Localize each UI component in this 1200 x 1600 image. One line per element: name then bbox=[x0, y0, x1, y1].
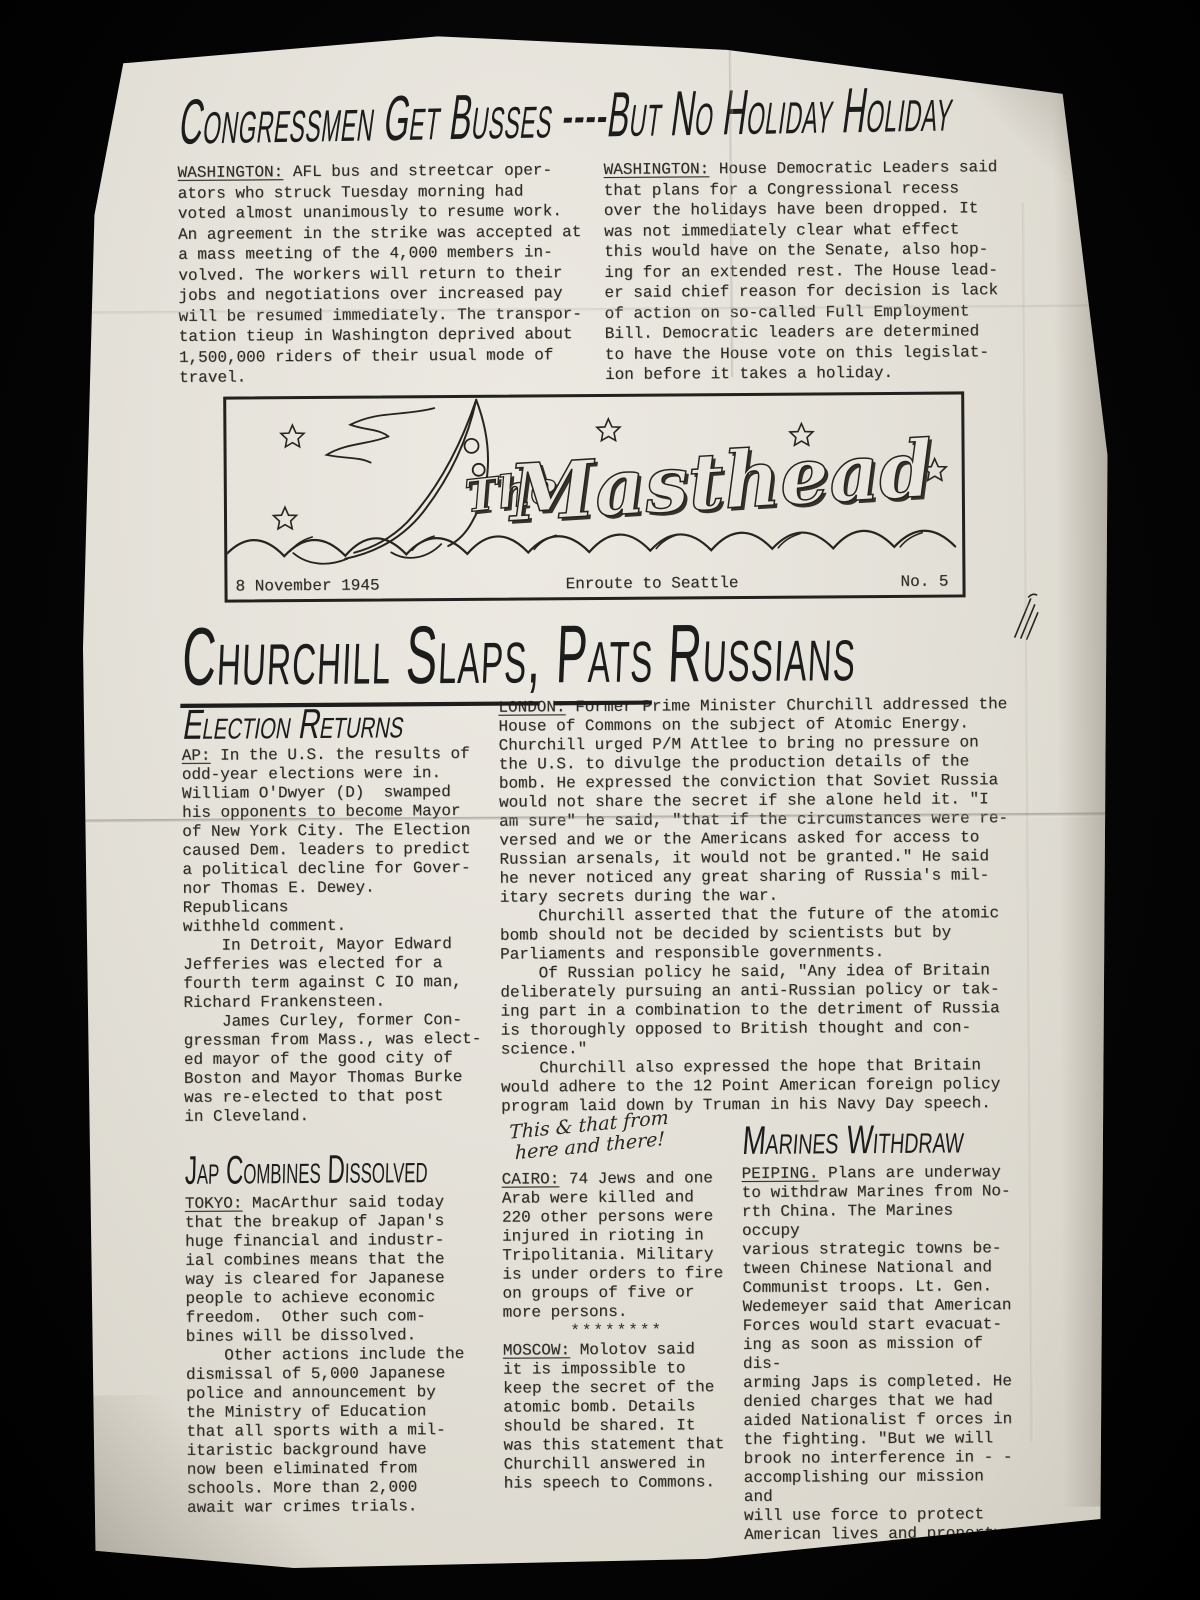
article-congress-recess: WASHINGTON: House Democratic Leaders sai… bbox=[604, 157, 1012, 385]
top-headline-text: Congressmen Get Busses ----But No Holida… bbox=[175, 73, 958, 160]
bottom-subcolumns: This & that from here and there! CAIRO: … bbox=[501, 1117, 1019, 1547]
dateline-cairo: CAIRO: bbox=[502, 1170, 560, 1188]
dateline-peiping: PEIPING. bbox=[742, 1164, 819, 1183]
article-moscow-molotov: MOSCOW: Molotov said it is impossible to… bbox=[503, 1340, 732, 1494]
right-column: LONDON: Former Prime Minister Churchill … bbox=[498, 695, 1019, 1547]
dateline-washington-right: WASHINGTON: bbox=[604, 160, 710, 179]
article-election-returns-body: In the U.S. the results of odd-year elec… bbox=[182, 744, 482, 1125]
left-column: Election Returns AP: In the U.S. the res… bbox=[181, 698, 492, 1548]
ship-bow-drawing bbox=[292, 399, 489, 563]
article-jap-combines: TOKYO: MacArthur said today that the bre… bbox=[185, 1192, 492, 1517]
marines-withdraw-headline: Marines Withdraw bbox=[741, 1117, 1016, 1165]
article-afl-strike-body: AFL bus and streetcar oper- ators who st… bbox=[178, 161, 582, 387]
article-afl-strike: WASHINGTON: AFL bus and streetcar oper- … bbox=[178, 160, 592, 388]
article-churchill-speech: LONDON: Former Prime Minister Churchill … bbox=[498, 695, 1016, 1117]
masthead: The Masthead The Masthead 8 November 194… bbox=[223, 391, 965, 602]
top-headline: Congressmen Get Busses ----But No Holida… bbox=[177, 89, 1009, 161]
article-jap-combines-body: MacArthur said today that the breakup of… bbox=[185, 1193, 465, 1517]
dateline-ap: AP: bbox=[182, 746, 211, 764]
dateline-moscow: MOSCOW: bbox=[503, 1341, 570, 1359]
issue-number: No. 5 bbox=[828, 572, 954, 591]
dateline-tokyo: TOKYO: bbox=[185, 1194, 243, 1212]
subcolumn-left: This & that from here and there! CAIRO: … bbox=[501, 1119, 732, 1547]
issue-date: 8 November 1945 bbox=[235, 575, 475, 595]
pen-flourish-icon bbox=[1007, 590, 1041, 640]
jap-combines-headline: Jap Combines Dissolved bbox=[184, 1146, 489, 1194]
photo-background: Congressmen Get Busses ----But No Holida… bbox=[0, 0, 1200, 1600]
newsletter-page: Congressmen Get Busses ----But No Holida… bbox=[77, 22, 1120, 1575]
article-marines-withdraw-body: Plans are underway to withdraw Marines f… bbox=[742, 1163, 1013, 1544]
article-cairo-riots: CAIRO: 74 Jews and one Arab were killed … bbox=[502, 1169, 731, 1323]
main-articles: Election Returns AP: In the U.S. the res… bbox=[181, 695, 1019, 1549]
article-churchill-speech-body: Former Prime Minister Churchill addresse… bbox=[498, 695, 1008, 1116]
main-headline-text: Churchill Slaps, Pats Russians bbox=[180, 604, 858, 704]
dateline-washington-left: WASHINGTON: bbox=[178, 163, 284, 182]
masthead-info-row: 8 November 1945 Enroute to Seattle No. 5 bbox=[235, 572, 954, 595]
subcolumn-right: Marines Withdraw PEIPING. Plans are unde… bbox=[741, 1117, 1019, 1545]
article-congress-recess-body: House Democratic Leaders said that plans… bbox=[604, 158, 999, 384]
issue-location: Enroute to Seattle bbox=[475, 573, 828, 593]
article-marines-withdraw: PEIPING. Plans are underway to withdraw … bbox=[742, 1163, 1020, 1545]
article-moscow-molotov-body: Molotov said it is impossible to keep th… bbox=[503, 1340, 724, 1492]
masthead-art: The Masthead The Masthead bbox=[226, 394, 956, 567]
article-cairo-riots-body: 74 Jews and one Arab were killed and 220… bbox=[502, 1169, 723, 1321]
pennant-drawing bbox=[326, 408, 434, 463]
masthead-title: Masthead bbox=[504, 423, 936, 539]
asterisk-divider: ******** bbox=[503, 1321, 731, 1342]
top-articles: WASHINGTON: AFL bus and streetcar oper- … bbox=[178, 157, 1012, 388]
article-election-returns: AP: In the U.S. the results of odd-year … bbox=[182, 744, 490, 1126]
main-headline: Churchill Slaps, Pats Russians bbox=[181, 607, 1014, 697]
edge-shadow-right bbox=[1039, 84, 1119, 1507]
right-margin-crease bbox=[1022, 203, 1035, 1443]
